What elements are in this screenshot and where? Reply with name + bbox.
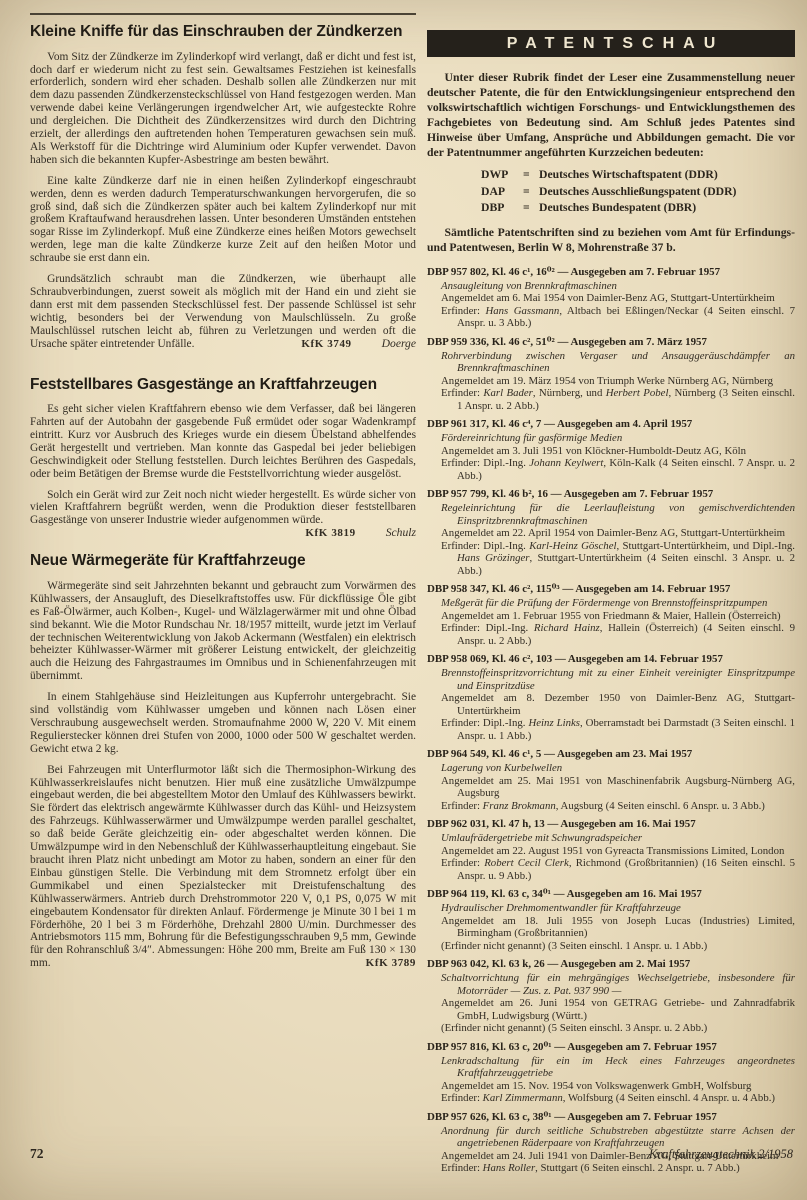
detail-text: Angemeldet am 6. Mai 1954 von Daimler-Be… xyxy=(441,292,775,304)
patent-entry-detail: Angemeldet am 26. Juni 1954 von GETRAG G… xyxy=(427,997,795,1022)
article-paragraph: In einem Stahlgehäuse sind Heizleitungen… xyxy=(30,691,416,756)
detail-text: , Stuttgart-Untertürkheim, und Dipl.-Ing… xyxy=(617,540,796,552)
patentschau-banner: PATENTSCHAU xyxy=(427,30,795,57)
patent-entry-title: Fördereinrichtung für gasförmige Medien xyxy=(427,432,795,445)
article-signature: KfK 3819Schulz xyxy=(270,527,416,540)
detail-text: , Augsburg (4 Seiten einschl. 6 Anspr. u… xyxy=(556,800,765,812)
paragraph-text: Bei Fahrzeugen mit Unterflurmotor läßt s… xyxy=(30,764,416,970)
article-heading: Kleine Kniffe für das Einschrauben der Z… xyxy=(30,23,416,42)
patent-entry: DBP 957 799, Kl. 46 b², 16 — Ausgegeben … xyxy=(427,488,795,577)
inventor-name: Johann Keylwert xyxy=(529,457,603,469)
signature-ref: KfK 3819 xyxy=(305,527,355,539)
detail-text: Erfinder: xyxy=(441,387,483,399)
code-definitions: DWP=Deutsches Wirtschaftspatent (DDR) DA… xyxy=(481,167,795,217)
left-column: Kleine Kniffe für das Einschrauben der Z… xyxy=(30,13,416,995)
right-column: PATENTSCHAU Unter dieser Rubrik findet d… xyxy=(427,30,795,1181)
order-note: Sämtliche Patentschriften sind zu bezieh… xyxy=(427,225,795,255)
code-meaning: Deutsches Wirtschaftspatent (DDR) xyxy=(539,167,795,184)
detail-text: Angemeldet am 25. Mai 1951 von Maschinen… xyxy=(441,775,795,800)
article-heading: Feststellbares Gasgestänge an Kraftfahrz… xyxy=(30,376,416,395)
patent-entry-detail: Erfinder: Franz Brokmann, Augsburg (4 Se… xyxy=(427,800,795,813)
patent-entry-header: DBP 964 119, Kl. 63 c, 34⁰¹ — Ausgegeben… xyxy=(427,888,795,901)
patent-entry-header: DBP 957 802, Kl. 46 c¹, 16⁰² — Ausgegebe… xyxy=(427,266,795,279)
code-abbr: DBP xyxy=(481,200,523,217)
patent-entry: DBP 964 549, Kl. 46 c¹, 5 — Ausgegeben a… xyxy=(427,748,795,812)
detail-text: Angemeldet am 8. Dezember 1950 von Daiml… xyxy=(441,692,795,717)
patent-entry-title: Meßgerät für die Prüfung der Fördermenge… xyxy=(427,597,795,610)
patent-entry-detail: Angemeldet am 19. März 1954 von Triumph … xyxy=(427,375,795,388)
patent-entry-detail: Erfinder: Robert Cecil Clerk, Richmond (… xyxy=(427,857,795,882)
code-abbr: DAP xyxy=(481,184,523,201)
patent-entry-detail: (Erfinder nicht genannt) (3 Seiten einsc… xyxy=(427,940,795,953)
code-row: DAP=Deutsches Ausschließungspatent (DDR) xyxy=(481,184,795,201)
detail-text: Erfinder: Dipl.-Ing. xyxy=(441,622,534,634)
patent-entry-header: DBP 958 069, Kl. 46 c², 103 — Ausgegeben… xyxy=(427,653,795,666)
signature-author: Schulz xyxy=(386,526,416,539)
code-meaning: Deutsches Ausschließungspatent (DDR) xyxy=(539,184,795,201)
inventor-name: Hans Grözinger xyxy=(457,552,530,564)
patent-entry-detail: Angemeldet am 22. August 1951 von Gyreac… xyxy=(427,845,795,858)
detail-text: , Stuttgart (6 Seiten einschl. 2 Anspr. … xyxy=(535,1162,740,1174)
patent-entry-title: Hydraulischer Drehmomentwandler für Kraf… xyxy=(427,902,795,915)
patent-entry-detail: Erfinder: Dipl.-Ing. Johann Keylwert, Kö… xyxy=(427,457,795,482)
detail-text: Angemeldet am 26. Juni 1954 von GETRAG G… xyxy=(441,997,795,1022)
detail-text: Angemeldet am 18. Juli 1955 von Joseph L… xyxy=(441,915,795,940)
patent-entry-detail: Angemeldet am 8. Dezember 1950 von Daiml… xyxy=(427,692,795,717)
patent-entry-detail: Angemeldet am 25. Mai 1951 von Maschinen… xyxy=(427,775,795,800)
patentschau-title: PATENTSCHAU xyxy=(507,35,725,52)
patent-entry: DBP 959 336, Kl. 46 c², 51⁰² — Ausgegebe… xyxy=(427,336,795,413)
detail-text: (Erfinder nicht genannt) (3 Seiten einsc… xyxy=(441,940,707,952)
code-row: DBP=Deutsches Bundespatent (DBR) xyxy=(481,200,795,217)
patent-entry: DBP 964 119, Kl. 63 c, 34⁰¹ — Ausgegeben… xyxy=(427,888,795,952)
patent-entry: DBP 961 317, Kl. 46 c⁴, 7 — Ausgegeben a… xyxy=(427,418,795,482)
patent-entry-title: Lagerung von Kurbelwellen xyxy=(427,762,795,775)
patent-entry-title: Regeleinrichtung für die Leerlaufleistun… xyxy=(427,502,795,527)
patent-entry-detail: Erfinder: Hans Roller, Stuttgart (6 Seit… xyxy=(427,1162,795,1175)
patent-entry-title: Schaltvorrichtung für ein mehrgängiges W… xyxy=(427,972,795,997)
inventor-name: Karl-Heinz Göschel xyxy=(529,540,616,552)
inventor-name: Heinz Links xyxy=(528,717,580,729)
patent-entry-detail: Erfinder: Dipl.-Ing. Richard Hainz, Hall… xyxy=(427,622,795,647)
patent-entry: DBP 958 069, Kl. 46 c², 103 — Ausgegeben… xyxy=(427,653,795,742)
detail-text: Angemeldet am 1. Februar 1955 von Friedm… xyxy=(441,610,781,622)
paragraph-text: Wärmegeräte sind seit Jahrzehnten bekann… xyxy=(30,580,416,682)
article-paragraph: Bei Fahrzeugen mit Unterflurmotor läßt s… xyxy=(30,764,416,971)
patent-entry-detail: Angemeldet am 22. April 1954 von Daimler… xyxy=(427,527,795,540)
code-equals: = xyxy=(523,200,539,217)
code-row: DWP=Deutsches Wirtschaftspatent (DDR) xyxy=(481,167,795,184)
article-paragraph: Wärmegeräte sind seit Jahrzehnten bekann… xyxy=(30,580,416,683)
patent-entry-header: DBP 959 336, Kl. 46 c², 51⁰² — Ausgegebe… xyxy=(427,336,795,349)
article-paragraph: Eine kalte Zündkerze darf nie in einen h… xyxy=(30,175,416,265)
article-spark-plugs: Kleine Kniffe für das Einschrauben der Z… xyxy=(30,23,416,351)
inventor-name: Robert Cecil Clerk xyxy=(484,857,569,869)
article-signature: KfK 3749Doerge xyxy=(266,338,416,351)
article-paragraph: Vom Sitz der Zündkerze im Zylinderkopf w… xyxy=(30,51,416,167)
paragraph-text: Solch ein Gerät wird zur Zeit noch nicht… xyxy=(30,489,416,527)
patent-entry: DBP 957 626, Kl. 63 c, 38⁰¹ — Ausgegeben… xyxy=(427,1111,795,1175)
inventor-name: Richard Hainz xyxy=(534,622,600,634)
magazine-page: Kleine Kniffe für das Einschrauben der Z… xyxy=(0,0,807,1200)
patent-entry: DBP 957 816, Kl. 63 c, 20⁰¹ — Ausgegeben… xyxy=(427,1041,795,1105)
patent-entry-header: DBP 957 799, Kl. 46 b², 16 — Ausgegeben … xyxy=(427,488,795,501)
detail-text: Erfinder: xyxy=(441,1092,483,1104)
patent-entry-detail: Angemeldet am 6. Mai 1954 von Daimler-Be… xyxy=(427,292,795,305)
article-heaters: Neue Wärmegeräte für Kraftfahrzeuge Wärm… xyxy=(30,552,416,970)
patent-entry: DBP 963 042, Kl. 63 k, 26 — Ausgegeben a… xyxy=(427,958,795,1035)
detail-text: Angemeldet am 19. März 1954 von Triumph … xyxy=(441,375,773,387)
patent-entry-detail: Erfinder: Dipl.-Ing. Heinz Links, Oberra… xyxy=(427,717,795,742)
patent-entry-header: DBP 963 042, Kl. 63 k, 26 — Ausgegeben a… xyxy=(427,958,795,971)
article-paragraph: Grundsätzlich schraubt man die Zündkerze… xyxy=(30,273,416,350)
signature-author: Doerge xyxy=(382,337,416,350)
detail-text: , Nürnberg, und xyxy=(533,387,606,399)
patent-entry: DBP 957 802, Kl. 46 c¹, 16⁰² — Ausgegebe… xyxy=(427,266,795,330)
inventor-name: Herbert Pobel xyxy=(606,387,669,399)
paragraph-text: Eine kalte Zündkerze darf nie in einen h… xyxy=(30,175,416,264)
inventor-name: Hans Gassmann xyxy=(485,305,559,317)
patent-entry: DBP 962 031, Kl. 47 h, 13 — Ausgegeben a… xyxy=(427,818,795,882)
patent-entry-detail: Angemeldet am 15. Nov. 1954 von Volkswag… xyxy=(427,1080,795,1093)
detail-text: Angemeldet am 22. April 1954 von Daimler… xyxy=(441,527,785,539)
article-paragraph: Es geht sicher vielen Kraftfahrern ebens… xyxy=(30,403,416,480)
detail-text: Erfinder: xyxy=(441,305,485,317)
patent-entry-header: DBP 957 626, Kl. 63 c, 38⁰¹ — Ausgegeben… xyxy=(427,1111,795,1124)
patent-entry-detail: Angemeldet am 3. Juli 1951 von Klöckner-… xyxy=(427,445,795,458)
patent-entry-title: Rohrverbindung zwischen Vergaser und Ans… xyxy=(427,350,795,375)
patent-entry-header: DBP 961 317, Kl. 46 c⁴, 7 — Ausgegeben a… xyxy=(427,418,795,431)
patent-entry-title: Ansaugleitung von Brennkraftmaschinen xyxy=(427,280,795,293)
paragraph-text: Es geht sicher vielen Kraftfahrern ebens… xyxy=(30,403,416,480)
inventor-name: Franz Brokmann xyxy=(483,800,556,812)
patent-entry-title: Brennstoffeinspritzvorrichtung mit zu ei… xyxy=(427,667,795,692)
detail-text: (Erfinder nicht genannt) (5 Seiten einsc… xyxy=(441,1022,707,1034)
detail-text: Erfinder: xyxy=(441,857,484,869)
patent-entry-header: DBP 964 549, Kl. 46 c¹, 5 — Ausgegeben a… xyxy=(427,748,795,761)
detail-text: Erfinder: xyxy=(441,1162,483,1174)
detail-text: Angemeldet am 3. Juli 1951 von Klöckner-… xyxy=(441,445,746,457)
patent-entry-detail: Angemeldet am 18. Juli 1955 von Joseph L… xyxy=(427,915,795,940)
footer-journal-title: Kraftfahrzeugtechnik 2/1958 xyxy=(649,1147,793,1162)
signature-ref: KfK 3749 xyxy=(301,338,351,350)
patent-entry-header: DBP 958 347, Kl. 46 c², 115⁰³ — Ausgegeb… xyxy=(427,583,795,596)
detail-text: Erfinder: xyxy=(441,800,483,812)
paragraph-text: Vom Sitz der Zündkerze im Zylinderkopf w… xyxy=(30,51,416,166)
article-throttle-lock: Feststellbares Gasgestänge an Kraftfahrz… xyxy=(30,376,416,528)
code-abbr: DWP xyxy=(481,167,523,184)
code-equals: = xyxy=(523,184,539,201)
patent-entry-title: Umlaufrädergetriebe mit Schwungradspeich… xyxy=(427,832,795,845)
detail-text: Erfinder: Dipl.-Ing. xyxy=(441,717,528,729)
signature-ref: KfK 3789 xyxy=(366,957,416,969)
patent-entries: DBP 957 802, Kl. 46 c¹, 16⁰² — Ausgegebe… xyxy=(427,266,795,1175)
patent-entry-detail: Erfinder: Karl Bader, Nürnberg, und Herb… xyxy=(427,387,795,412)
article-heading: Neue Wärmegeräte für Kraftfahrzeuge xyxy=(30,552,416,571)
detail-text: , Wolfsburg (4 Seiten einschl. 4 Anspr. … xyxy=(563,1092,775,1104)
inventor-name: Karl Bader xyxy=(483,387,533,399)
inventor-name: Karl Zimmermann xyxy=(483,1092,563,1104)
footer-page-number: 72 xyxy=(30,1146,44,1162)
patent-entry: DBP 958 347, Kl. 46 c², 115⁰³ — Ausgegeb… xyxy=(427,583,795,647)
code-equals: = xyxy=(523,167,539,184)
patent-entry-detail: Erfinder: Hans Gassmann, Altbach bei Eßl… xyxy=(427,305,795,330)
detail-text: Angemeldet am 15. Nov. 1954 von Volkswag… xyxy=(441,1080,751,1092)
detail-text: Erfinder: Dipl.-Ing. xyxy=(441,540,529,552)
code-meaning: Deutsches Bundespatent (DBR) xyxy=(539,200,795,217)
inventor-name: Hans Roller xyxy=(483,1162,535,1174)
patent-entry-title: Lenkradschaltung für ein im Heck eines F… xyxy=(427,1055,795,1080)
headline-rule xyxy=(30,13,416,15)
patent-entry-detail: (Erfinder nicht genannt) (5 Seiten einsc… xyxy=(427,1022,795,1035)
patent-entry-title: Anordnung für durch seitliche Schubstreb… xyxy=(427,1125,795,1150)
patent-entry-detail: Erfinder: Karl Zimmermann, Wolfsburg (4 … xyxy=(427,1092,795,1105)
article-signature: KfK 3789 xyxy=(331,957,416,970)
article-paragraph: Solch ein Gerät wird zur Zeit noch nicht… xyxy=(30,489,416,528)
patent-entry-detail: Erfinder: Dipl.-Ing. Karl-Heinz Göschel,… xyxy=(427,540,795,578)
patentschau-intro: Unter dieser Rubrik findet der Leser ein… xyxy=(427,70,795,160)
patent-entry-header: DBP 962 031, Kl. 47 h, 13 — Ausgegeben a… xyxy=(427,818,795,831)
paragraph-text: In einem Stahlgehäuse sind Heizleitungen… xyxy=(30,691,416,755)
patent-entry-header: DBP 957 816, Kl. 63 c, 20⁰¹ — Ausgegeben… xyxy=(427,1041,795,1054)
detail-text: Erfinder: Dipl.-Ing. xyxy=(441,457,529,469)
patent-entry-detail: Angemeldet am 1. Februar 1955 von Friedm… xyxy=(427,610,795,623)
detail-text: Angemeldet am 22. August 1951 von Gyreac… xyxy=(441,845,784,857)
